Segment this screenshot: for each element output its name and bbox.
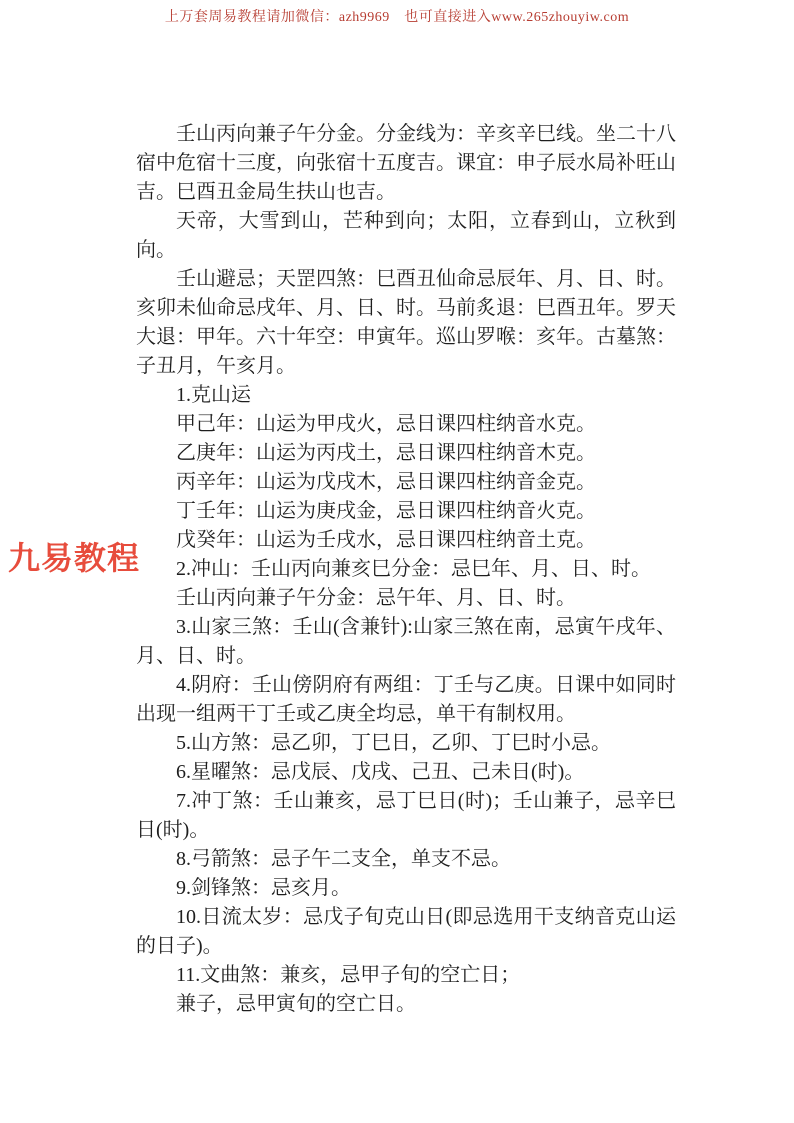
paragraph: 兼子，忌甲寅旬的空亡日。 [136,990,676,1019]
paragraph: 丙辛年：山运为戊戌木，忌日课四柱纳音金克。 [136,468,676,497]
paragraph: 丁壬年：山运为庚戌金，忌日课四柱纳音火克。 [136,497,676,526]
document-page: 上万套周易教程请加微信：azh9969 也可直接进入www.265zhouyiw… [0,0,794,1123]
paragraph: 戊癸年：山运为壬戌水，忌日课四柱纳音土克。 [136,526,676,555]
paragraph: 7.冲丁煞：壬山兼亥，忌丁巳日(时)；壬山兼子，忌辛巳日(时)。 [136,787,676,845]
paragraph: 2.冲山：壬山丙向兼亥巳分金：忌巳年、月、日、时。 [136,555,676,584]
paragraph: 壬山丙向兼子午分金。分金线为：辛亥辛巳线。坐二十八宿中危宿十三度，向张宿十五度吉… [136,120,676,207]
paragraph: 3.山家三煞：壬山(含兼针):山家三煞在南，忌寅午戌年、月、日、时。 [136,613,676,671]
paragraph: 天帝，大雪到山，芒种到向；太阳，立春到山，立秋到向。 [136,207,676,265]
paragraph: 4.阴府：壬山傍阴府有两组：丁壬与乙庚。日课中如同时出现一组两干丁壬或乙庚全均忌… [136,671,676,729]
paragraph: 1.克山运 [136,381,676,410]
paragraph: 10.日流太岁：忌戊子旬克山日(即忌选用干支纳音克山运的日子)。 [136,903,676,961]
header-promo-text: 上万套周易教程请加微信：azh9969 也可直接进入www.265zhouyiw… [0,6,794,30]
paragraph: 9.剑锋煞：忌亥月。 [136,874,676,903]
paragraph: 壬山丙向兼子午分金：忌午年、月、日、时。 [136,584,676,613]
watermark-text: 九易教程 [8,540,140,576]
paragraph: 6.星曜煞：忌戊辰、戊戌、己丑、己未日(时)。 [136,758,676,787]
paragraph: 11.文曲煞：兼亥，忌甲子旬的空亡日； [136,961,676,990]
paragraph: 5.山方煞：忌乙卯，丁巳日，乙卯、丁巳时小忌。 [136,729,676,758]
paragraph: 甲己年：山运为甲戌火，忌日课四柱纳音水克。 [136,410,676,439]
document-body: 壬山丙向兼子午分金。分金线为：辛亥辛巳线。坐二十八宿中危宿十三度，向张宿十五度吉… [136,120,676,1019]
paragraph: 乙庚年：山运为丙戌土，忌日课四柱纳音木克。 [136,439,676,468]
paragraph: 壬山避忌；天罡四煞：巳酉丑仙命忌辰年、月、日、时。亥卯未仙命忌戌年、月、日、时。… [136,265,676,381]
paragraph: 8.弓箭煞：忌子午二支全，单支不忌。 [136,845,676,874]
